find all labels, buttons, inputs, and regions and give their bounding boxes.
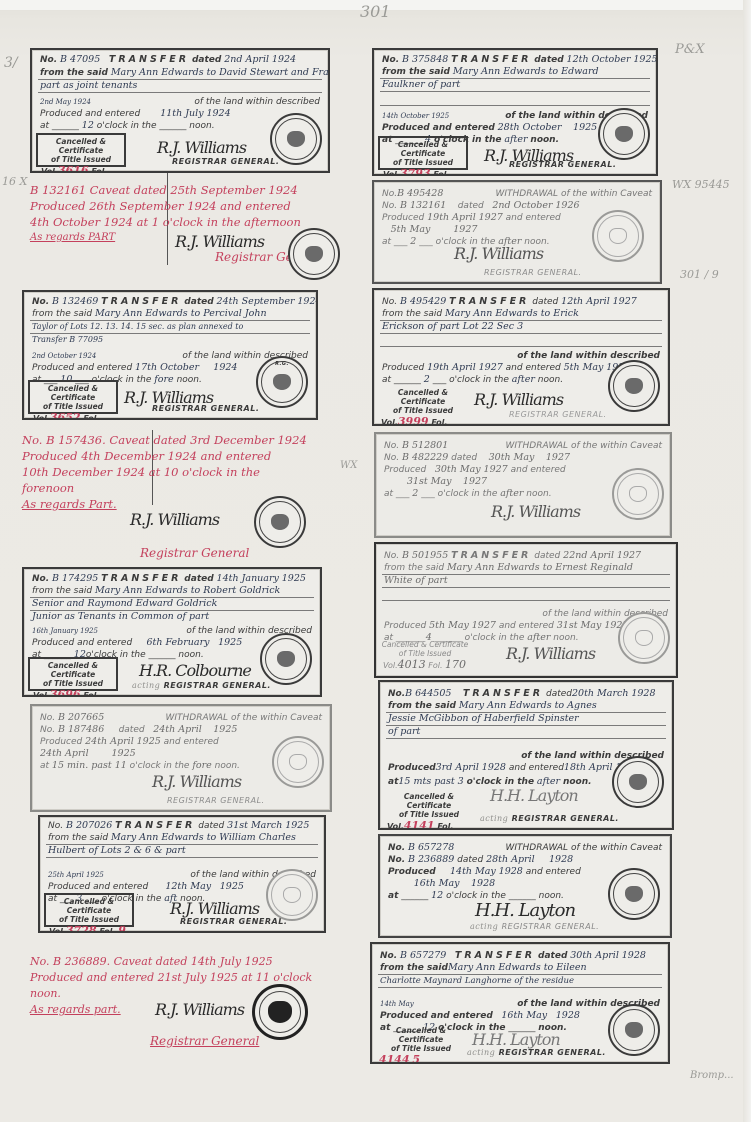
- margin-mark-right-1: WX 95445: [672, 178, 730, 191]
- registrar-signature: R.J. Williams: [170, 899, 259, 918]
- registrar-signature: R.J. Williams: [152, 772, 241, 791]
- transfer-stamp-b501955: No. B 501955 TRANSFER dated 22nd April 1…: [374, 542, 678, 678]
- registrar-general-seal-icon: [598, 108, 650, 160]
- caveat-signature: R.J. Williams: [130, 510, 219, 529]
- registrar-signature: H.H. Layton: [490, 786, 578, 805]
- registrar-signature: R.J. Williams: [491, 502, 580, 521]
- transfer-stamp-b644505: No.B 644505 TRANSFER dated20th March 192…: [378, 680, 674, 830]
- registrar-general-label: REGISTRAR GENERAL.: [509, 160, 616, 169]
- registrar-general-seal-icon: [260, 633, 312, 685]
- registrar-signature: H.H. Layton: [475, 900, 575, 921]
- caveat-registrar-label: Registrar General: [150, 1034, 259, 1048]
- registrar-general-seal-icon: [608, 360, 660, 412]
- withdrawal-stamp-b512801: No. B 512801 WITHDRAWAL of the within Ca…: [374, 432, 672, 538]
- registrar-signature: R.J. Williams: [474, 390, 563, 409]
- transfer-stamp-b207026: No. B 207026 TRANSFER dated 31st March 1…: [38, 815, 326, 933]
- page-right-edge: [743, 0, 751, 1122]
- registrar-general-seal-icon: [618, 612, 670, 664]
- cancelled-certificate-box: Cancelled & Certificateof Title Issued V…: [378, 386, 468, 420]
- registrar-general-seal-icon: [270, 113, 322, 165]
- registrar-general-seal-icon: [254, 496, 306, 548]
- registrar-general-label: REGISTRAR GENERAL.: [502, 922, 600, 931]
- transfer-stamp-b375848: No. B 375848 TRANSFER dated 12th October…: [372, 48, 658, 176]
- cancelled-certificate-box: Cancelled & Certificateof Title Issued V…: [384, 790, 474, 824]
- cancelled-certificate-box: Cancelled & Certificateof Title Issued V…: [36, 133, 126, 167]
- withdrawal-stamp-b207665: No. B 207665 WITHDRAWAL of the within Ca…: [30, 704, 332, 812]
- cancelled-certificate-box: Cancelled & Certificateof Title Issued V…: [44, 893, 134, 927]
- registrar-general-label: REGISTRAR GENERAL.: [164, 681, 271, 690]
- registrar-signature: H.H. Layton: [472, 1030, 560, 1049]
- transfer-stamp-b495429: No. B 495429 TRANSFER dated 12th April 1…: [372, 288, 670, 426]
- cancelled-certificate-box: Cancelled & Certificateof Title Issued V…: [28, 380, 118, 414]
- registrar-general-seal-icon: R.G.: [256, 356, 308, 408]
- registrar-general-seal-icon: [608, 1004, 660, 1056]
- registrar-general-seal-icon: [592, 210, 644, 262]
- registrar-signature: R.J. Williams: [506, 644, 595, 663]
- withdrawal-stamp-b657278: No. B 657278 WITHDRAWAL of the within Ca…: [378, 834, 672, 938]
- cancelled-certificate-box: Cancelled & Certificateof Title Issued V…: [380, 638, 470, 672]
- margin-mark-top: 301: [360, 2, 391, 21]
- registrar-signature: R.J. Williams: [454, 244, 543, 263]
- registrar-general-seal-icon: [272, 736, 324, 788]
- caveat-signature: R.J. Williams: [155, 1000, 244, 1019]
- margin-mark-right-bottom: Bromp...: [690, 1070, 734, 1081]
- margin-mark-top-right: P&X: [675, 42, 705, 57]
- transfer-stamp-b657279: No. B 657279 TRANSFER dated 30th April 1…: [370, 942, 670, 1064]
- registrar-general-label: REGISTRAR GENERAL.: [167, 796, 265, 805]
- registrar-general-label: REGISTRAR GENERAL.: [509, 410, 607, 419]
- registrar-general-label: REGISTRAR GENERAL.: [499, 1048, 606, 1057]
- registrar-general-seal-icon: [252, 984, 308, 1040]
- margin-mark-left-3: WX: [340, 460, 357, 471]
- registrar-general-seal-icon: [612, 468, 664, 520]
- document-page: 301 P&X WX 95445 301 / 9 16 X 3/ WX Brom…: [0, 0, 751, 1122]
- registrar-general-label: REGISTRAR GENERAL.: [152, 404, 259, 413]
- transfer-stamp-b174295: No. B 174295 TRANSFER dated 14th January…: [22, 567, 322, 697]
- margin-mark-left-2: 3/: [4, 55, 18, 71]
- registrar-signature: H.R. Colbourne: [139, 661, 251, 680]
- registrar-general-label: REGISTRAR GENERAL.: [180, 917, 287, 926]
- registrar-general-seal-icon: [608, 868, 660, 920]
- transfer-stamp-b132469: No. B 132469 TRANSFER dated 24th Septemb…: [22, 290, 318, 420]
- margin-mark-right-2: 301 / 9: [680, 268, 719, 281]
- registrar-general-label: REGISTRAR GENERAL.: [512, 814, 619, 823]
- registrar-general-seal-icon: [288, 228, 340, 280]
- caveat-registrar-label: Registrar General: [140, 546, 249, 560]
- cancelled-certificate-box: Cancelled & Certificateof Title Issued V…: [378, 136, 468, 170]
- transfer-stamp-b47095: No. B 47095 TRANSFER dated 2nd April 192…: [30, 48, 330, 173]
- withdrawal-stamp-b495428: No.B 495428 WITHDRAWAL of the within Cav…: [372, 180, 662, 284]
- registrar-signature: R.J. Williams: [157, 138, 246, 157]
- cancelled-certificate-box: Cancelled & Certificateof Title Issued V…: [28, 657, 118, 691]
- margin-mark-left-1: 16 X: [2, 175, 27, 188]
- caveat-signature: R.J. Williams: [175, 232, 264, 251]
- registrar-general-seal-icon: [612, 756, 664, 808]
- registrar-general-seal-icon: [266, 869, 318, 921]
- registrar-general-label: REGISTRAR GENERAL.: [172, 157, 279, 166]
- cancelled-certificate-box: Cancelled & Certificateof Title Issued 4…: [376, 1024, 466, 1058]
- registrar-general-label: REGISTRAR GENERAL.: [484, 268, 582, 277]
